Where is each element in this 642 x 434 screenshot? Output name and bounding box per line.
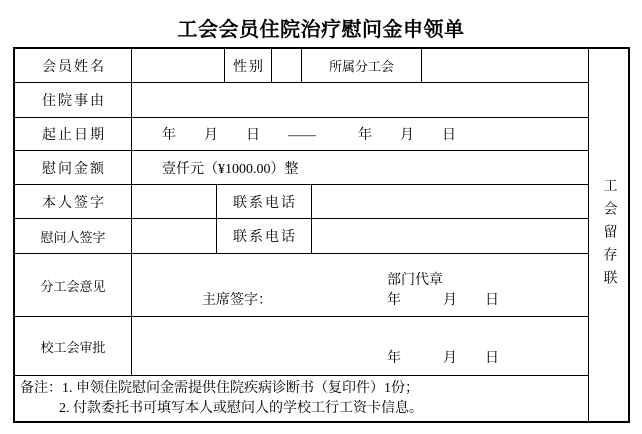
chair-sign-line: 主席签字： 年 月 日 <box>132 291 588 311</box>
chair-sign-label: 主席签字： <box>202 291 272 311</box>
self-phone-label: 联系电话 <box>217 185 312 218</box>
amount-label: 慰问金额 <box>15 151 132 184</box>
stub-label: 工会留存联 <box>599 178 619 293</box>
reason-field[interactable] <box>132 83 588 117</box>
form-table-main: 会员姓名 性别 所属分工会 住院事由 起止日期 年 月 日 —— 年 月 日 慰… <box>15 49 588 421</box>
branch-opinion-label: 分工会意见 <box>15 254 132 316</box>
row-branch-opinion: 分工会意见 部门代章 主席签字： 年 月 日 <box>15 254 588 317</box>
page-title: 工会会员住院治疗慰问金申领单 <box>0 0 642 42</box>
stub-column: 工会留存联 <box>588 49 628 421</box>
dates-field[interactable]: 年 月 日 —— 年 月 日 <box>132 118 588 150</box>
self-sign-label: 本人签字 <box>15 185 132 218</box>
row-reason: 住院事由 <box>15 83 588 118</box>
school-date-label: 年 月 日 <box>387 347 499 367</box>
visitor-phone-field[interactable] <box>312 219 588 253</box>
visitor-phone-label: 联系电话 <box>217 219 312 253</box>
row-dates: 起止日期 年 月 日 —— 年 月 日 <box>15 118 588 151</box>
note-1-text: 1. 申领住院慰问金需提供住院疾病诊断书（复印件）1份； <box>62 381 419 396</box>
school-approval-label: 校工会审批 <box>15 317 132 375</box>
school-approval-field[interactable]: 年 月 日 <box>132 317 588 375</box>
notes-label: 备注： <box>20 381 62 396</box>
row-notes: 备注：1. 申领住院慰问金需提供住院疾病诊断书（复印件）1份； 2. 付款委托书… <box>15 376 588 421</box>
form-table: 会员姓名 性别 所属分工会 住院事由 起止日期 年 月 日 —— 年 月 日 慰… <box>13 47 630 423</box>
member-name-field[interactable] <box>132 49 225 82</box>
self-phone-field[interactable] <box>312 185 588 218</box>
gender-label: 性别 <box>225 49 272 82</box>
dept-seal-label: 部门代章 <box>132 271 588 291</box>
self-signature-field[interactable] <box>132 185 217 218</box>
reason-label: 住院事由 <box>15 83 132 117</box>
row-member-name: 会员姓名 性别 所属分工会 <box>15 49 588 83</box>
dates-label: 起止日期 <box>15 118 132 150</box>
union-label: 所属分工会 <box>302 49 422 82</box>
note-line-2: 2. 付款委托书可填写本人或慰问人的学校工行工资卡信息。 <box>20 399 588 419</box>
union-field[interactable] <box>422 49 588 82</box>
branch-opinion-field[interactable]: 部门代章 主席签字： 年 月 日 <box>132 254 588 316</box>
note-line-1: 备注：1. 申领住院慰问金需提供住院疾病诊断书（复印件）1份； <box>20 379 588 399</box>
row-self-signature: 本人签字 联系电话 <box>15 185 588 219</box>
row-amount: 慰问金额 壹仟元（¥1000.00）整 <box>15 151 588 185</box>
amount-value: 壹仟元（¥1000.00）整 <box>132 151 588 184</box>
notes-cell: 备注：1. 申领住院慰问金需提供住院疾病诊断书（复印件）1份； 2. 付款委托书… <box>15 376 588 421</box>
member-name-label: 会员姓名 <box>15 49 132 82</box>
form-page: 工会会员住院治疗慰问金申领单 会员姓名 性别 所属分工会 住院事由 起止日期 年… <box>0 0 642 434</box>
visitor-signature-field[interactable] <box>132 219 217 253</box>
branch-date-label: 年 月 日 <box>387 291 499 311</box>
row-school-approval: 校工会审批 年 月 日 <box>15 317 588 376</box>
visitor-sign-label: 慰问人签字 <box>15 219 132 253</box>
gender-field[interactable] <box>272 49 302 82</box>
row-visitor-signature: 慰问人签字 联系电话 <box>15 219 588 254</box>
